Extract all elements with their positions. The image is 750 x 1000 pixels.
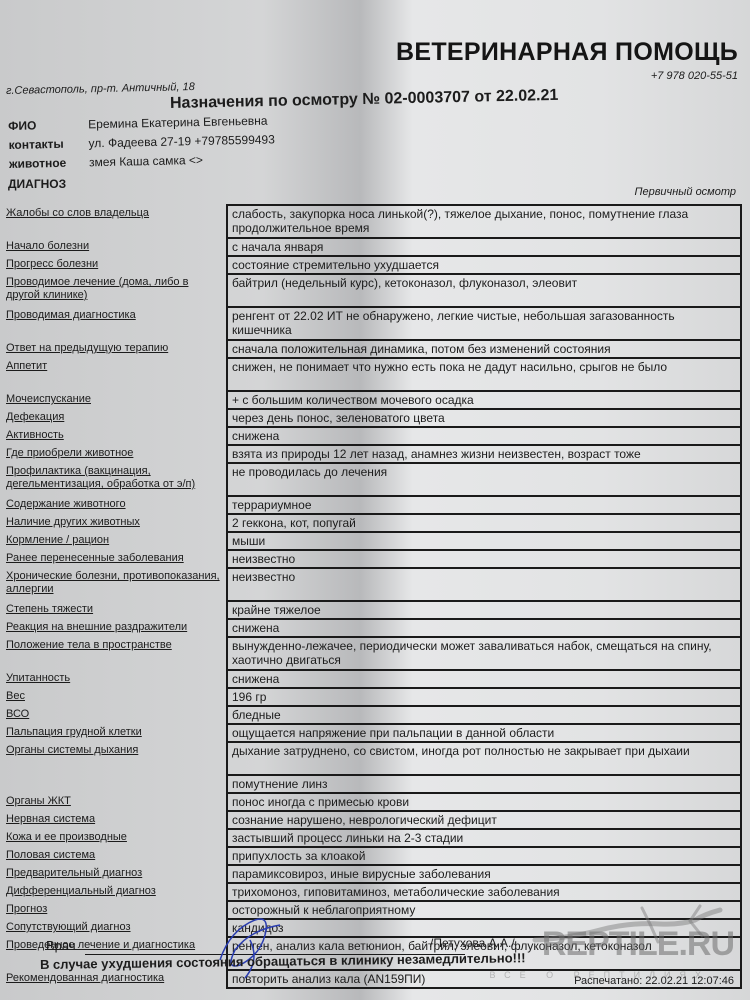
row-label-text: Реакция на внешние раздражители <box>6 621 187 633</box>
row-label: Прогноз <box>6 900 226 918</box>
row-label-text: Половая система <box>6 849 95 861</box>
row-value: байтрил (недельный курс), кетоконазол, ф… <box>226 273 742 306</box>
row-value: ренгент от 22.02 ИТ не обнаружено, легки… <box>226 306 742 339</box>
row-label-text: Кожа и ее производные <box>6 831 127 843</box>
row-label-text: Жалобы со слов владельца <box>6 207 149 219</box>
printed-timestamp: Распечатано: 22.02.21 12:07:46 <box>574 975 734 987</box>
row-label: Предварительный диагноз <box>6 864 226 882</box>
row-label-text: Положение тела в пространстве <box>6 639 172 651</box>
clinic-name: ВЕТЕРИНАРНАЯ ПОМОЩЬ <box>396 38 738 67</box>
row-label: Степень тяжести <box>6 600 226 618</box>
row-label-text: Профилактика (вакцинация, дегельментизац… <box>6 465 195 490</box>
row-label-text: Проведенное лечение и диагностика <box>6 939 195 951</box>
row-label-text: Рекомендованная диагностика <box>6 972 164 984</box>
row-value: мыши <box>226 531 742 549</box>
row-label: Жалобы со слов владельца <box>6 204 226 237</box>
row-label: Наличие других животных <box>6 513 226 531</box>
row-label-text: Наличие других животных <box>6 516 140 528</box>
row-label-text: Проводимая диагностика <box>6 309 136 321</box>
form-row: ВСОбледные <box>6 705 742 723</box>
form-row: Кожа и ее производныезастывший процесс л… <box>6 828 742 846</box>
signature-icon <box>210 910 290 980</box>
clinic-phone: +7 978 020-55-51 <box>651 70 738 82</box>
watermark-logo: REPTILE.RU <box>542 925 734 964</box>
form-row: Наличие других животных2 геккона, кот, п… <box>6 513 742 531</box>
row-value: не проводилась до лечения <box>226 462 742 495</box>
form-row: Прогресс болезнисостояние стремительно у… <box>6 255 742 273</box>
form-row: Проводимое лечение (дома, либо в другой … <box>6 273 742 306</box>
row-value: вынужденно-лежачее, периодически может з… <box>226 636 742 669</box>
form-row: Активностьснижена <box>6 426 742 444</box>
form-row: Начало болезнис начала января <box>6 237 742 255</box>
form-row: Содержание животноготеррариумное <box>6 495 742 513</box>
row-label-text: Содержание животного <box>6 498 126 510</box>
row-label: Проводимая диагностика <box>6 306 226 339</box>
row-label-text: Мочеиспускание <box>6 393 91 405</box>
row-value: парамиксовироз, иные вирусные заболевани… <box>226 864 742 882</box>
row-value: с начала января <box>226 237 742 255</box>
row-value: неизвестно <box>226 549 742 567</box>
row-value: + с большим количеством мочевого осадка <box>226 390 742 408</box>
row-value: снижен, не понимает что нужно есть пока … <box>226 357 742 390</box>
form-row: Ранее перенесенные заболеваниянеизвестно <box>6 549 742 567</box>
animal-value: змея Каша самка <> <box>89 152 203 168</box>
row-label <box>6 774 226 792</box>
form-row: Дефекациячерез день понос, зеленоватого … <box>6 408 742 426</box>
row-label-text: Активность <box>6 429 64 441</box>
row-label-text: ВСО <box>6 708 29 720</box>
fio-label: ФИО <box>8 117 88 133</box>
row-label-text: Прогноз <box>6 903 47 915</box>
row-label-text: Сопутствующий диагноз <box>6 921 131 933</box>
row-label: Хронические болезни, противопоказания, а… <box>6 567 226 600</box>
form-row: Кормление / рационмыши <box>6 531 742 549</box>
row-value: террариумное <box>226 495 742 513</box>
row-value: дыхание затруднено, со свистом, иногда р… <box>226 741 742 774</box>
row-label: Рекомендованная диагностика <box>6 969 226 989</box>
patient-info: ФИО Еремина Екатерина Евгеньевна контакт… <box>8 110 275 173</box>
row-value: трихомоноз, гиповитаминоз, метаболически… <box>226 882 742 900</box>
row-label-text: Кормление / рацион <box>6 534 109 546</box>
form-row: Степень тяжестикрайне тяжелое <box>6 600 742 618</box>
row-value: сначала положительная динамика, потом бе… <box>226 339 742 357</box>
exam-form-table: Жалобы со слов владельцаслабость, закупо… <box>6 204 742 989</box>
contacts-value: ул. Фадеева 27-19 +79785599493 <box>88 132 275 150</box>
row-value: неизвестно <box>226 567 742 600</box>
row-label: Реакция на внешние раздражители <box>6 618 226 636</box>
row-label: Аппетит <box>6 357 226 390</box>
row-label: Дефекация <box>6 408 226 426</box>
row-label-text: Предварительный диагноз <box>6 867 142 879</box>
row-label-text: Аппетит <box>6 360 47 372</box>
row-value: бледные <box>226 705 742 723</box>
row-label-text: Дифференциальный диагноз <box>6 885 156 897</box>
form-row: Где приобрели животноевзята из природы 1… <box>6 444 742 462</box>
row-value: ощущается напряжение при пальпации в дан… <box>226 723 742 741</box>
form-row: Органы ЖКТпонос иногда с примесью крови <box>6 792 742 810</box>
doctor-name: /Петухова А.А./ <box>430 936 515 950</box>
row-label: Кожа и ее производные <box>6 828 226 846</box>
row-label: Половая система <box>6 846 226 864</box>
row-label: Мочеиспускание <box>6 390 226 408</box>
form-row: Пальпация грудной клеткиощущается напряж… <box>6 723 742 741</box>
form-row: Аппетитснижен, не понимает что нужно ест… <box>6 357 742 390</box>
row-label: Вес <box>6 687 226 705</box>
row-value: понос иногда с примесью крови <box>226 792 742 810</box>
diagnosis-heading: ДИАГНОЗ <box>8 177 66 191</box>
animal-label: животное <box>9 155 89 171</box>
row-label: Где приобрели животное <box>6 444 226 462</box>
row-value: снижена <box>226 618 742 636</box>
row-label: Начало болезни <box>6 237 226 255</box>
row-label: Дифференциальный диагноз <box>6 882 226 900</box>
document-title: Назначения по осмотру № 02-0003707 от 22… <box>170 87 559 113</box>
row-label-text: Ответ на предыдущую терапию <box>6 342 168 354</box>
row-label: ВСО <box>6 705 226 723</box>
row-value: через день понос, зеленоватого цвета <box>226 408 742 426</box>
row-label: Проводимое лечение (дома, либо в другой … <box>6 273 226 306</box>
row-label-text: Где приобрели животное <box>6 447 133 459</box>
form-row: Проводимая диагностикаренгент от 22.02 И… <box>6 306 742 339</box>
row-label: Упитанность <box>6 669 226 687</box>
exam-type: Первичный осмотр <box>634 186 736 198</box>
row-value: помутнение линз <box>226 774 742 792</box>
form-row: помутнение линз <box>6 774 742 792</box>
form-row: Профилактика (вакцинация, дегельментизац… <box>6 462 742 495</box>
form-row: Реакция на внешние раздражителиснижена <box>6 618 742 636</box>
row-value: сознание нарушено, неврологический дефиц… <box>226 810 742 828</box>
row-value: снижена <box>226 426 742 444</box>
contacts-label: контакты <box>8 136 88 152</box>
form-row: Мочеиспускание+ с большим количеством мо… <box>6 390 742 408</box>
doctor-label: Врач <box>46 938 76 953</box>
row-label-text: Прогресс болезни <box>6 258 98 270</box>
row-label-text: Нервная система <box>6 813 95 825</box>
row-value: 2 геккона, кот, попугай <box>226 513 742 531</box>
row-label: Прогресс болезни <box>6 255 226 273</box>
form-row: Положение тела в пространствевынужденно-… <box>6 636 742 669</box>
row-label: Сопутствующий диагноз <box>6 918 226 936</box>
form-row: Дифференциальный диагнозтрихомоноз, гипо… <box>6 882 742 900</box>
row-value: застывший процесс линьки на 2-3 стадии <box>226 828 742 846</box>
row-label-text: Пальпация грудной клетки <box>6 726 142 738</box>
row-label: Кормление / рацион <box>6 531 226 549</box>
row-label: Содержание животного <box>6 495 226 513</box>
row-label: Пальпация грудной клетки <box>6 723 226 741</box>
row-label-text: Начало болезни <box>6 240 89 252</box>
row-label: Органы ЖКТ <box>6 792 226 810</box>
form-row: Хронические болезни, противопоказания, а… <box>6 567 742 600</box>
row-label: Органы системы дыхания <box>6 741 226 774</box>
row-label: Ранее перенесенные заболевания <box>6 549 226 567</box>
form-row: Половая системаприпухлость за клоакой <box>6 846 742 864</box>
row-label-text: Хронические болезни, противопоказания, а… <box>6 570 220 595</box>
row-label-text: Ранее перенесенные заболевания <box>6 552 184 564</box>
clinic-address: г.Севастополь, пр-т. Античный, 18 <box>6 81 195 97</box>
form-row: Жалобы со слов владельцаслабость, закупо… <box>6 204 742 237</box>
row-value: 196 гр <box>226 687 742 705</box>
fio-value: Еремина Екатерина Евгеньевна <box>88 113 268 131</box>
row-label: Нервная система <box>6 810 226 828</box>
row-label-text: Вес <box>6 690 25 702</box>
row-value: состояние стремительно ухудшается <box>226 255 742 273</box>
row-label-text: Степень тяжести <box>6 603 93 615</box>
row-label-text: Органы системы дыхания <box>6 744 138 756</box>
row-label-text: Упитанность <box>6 672 70 684</box>
row-label-text: Органы ЖКТ <box>6 795 71 807</box>
row-label-text: Дефекация <box>6 411 64 423</box>
row-label: Профилактика (вакцинация, дегельментизац… <box>6 462 226 495</box>
row-label: Положение тела в пространстве <box>6 636 226 669</box>
row-value: снижена <box>226 669 742 687</box>
row-label-text: Проводимое лечение (дома, либо в другой … <box>6 276 188 301</box>
form-row: Вес196 гр <box>6 687 742 705</box>
form-row: Органы системы дыханиядыхание затруднено… <box>6 741 742 774</box>
row-value: крайне тяжелое <box>226 600 742 618</box>
row-value: припухлость за клоакой <box>226 846 742 864</box>
form-row: Ответ на предыдущую терапиюсначала полож… <box>6 339 742 357</box>
row-label: Ответ на предыдущую терапию <box>6 339 226 357</box>
form-row: Предварительный диагнозпарамиксовироз, и… <box>6 864 742 882</box>
form-row: Нервная системасознание нарушено, неврол… <box>6 810 742 828</box>
row-label: Активность <box>6 426 226 444</box>
form-row: Упитанностьснижена <box>6 669 742 687</box>
row-value: взята из природы 12 лет назад, анамнез ж… <box>226 444 742 462</box>
vet-document: ВЕТЕРИНАРНАЯ ПОМОЩЬ +7 978 020-55-51 г.С… <box>0 0 750 1000</box>
row-value: слабость, закупорка носа линькой(?), тяж… <box>226 204 742 237</box>
